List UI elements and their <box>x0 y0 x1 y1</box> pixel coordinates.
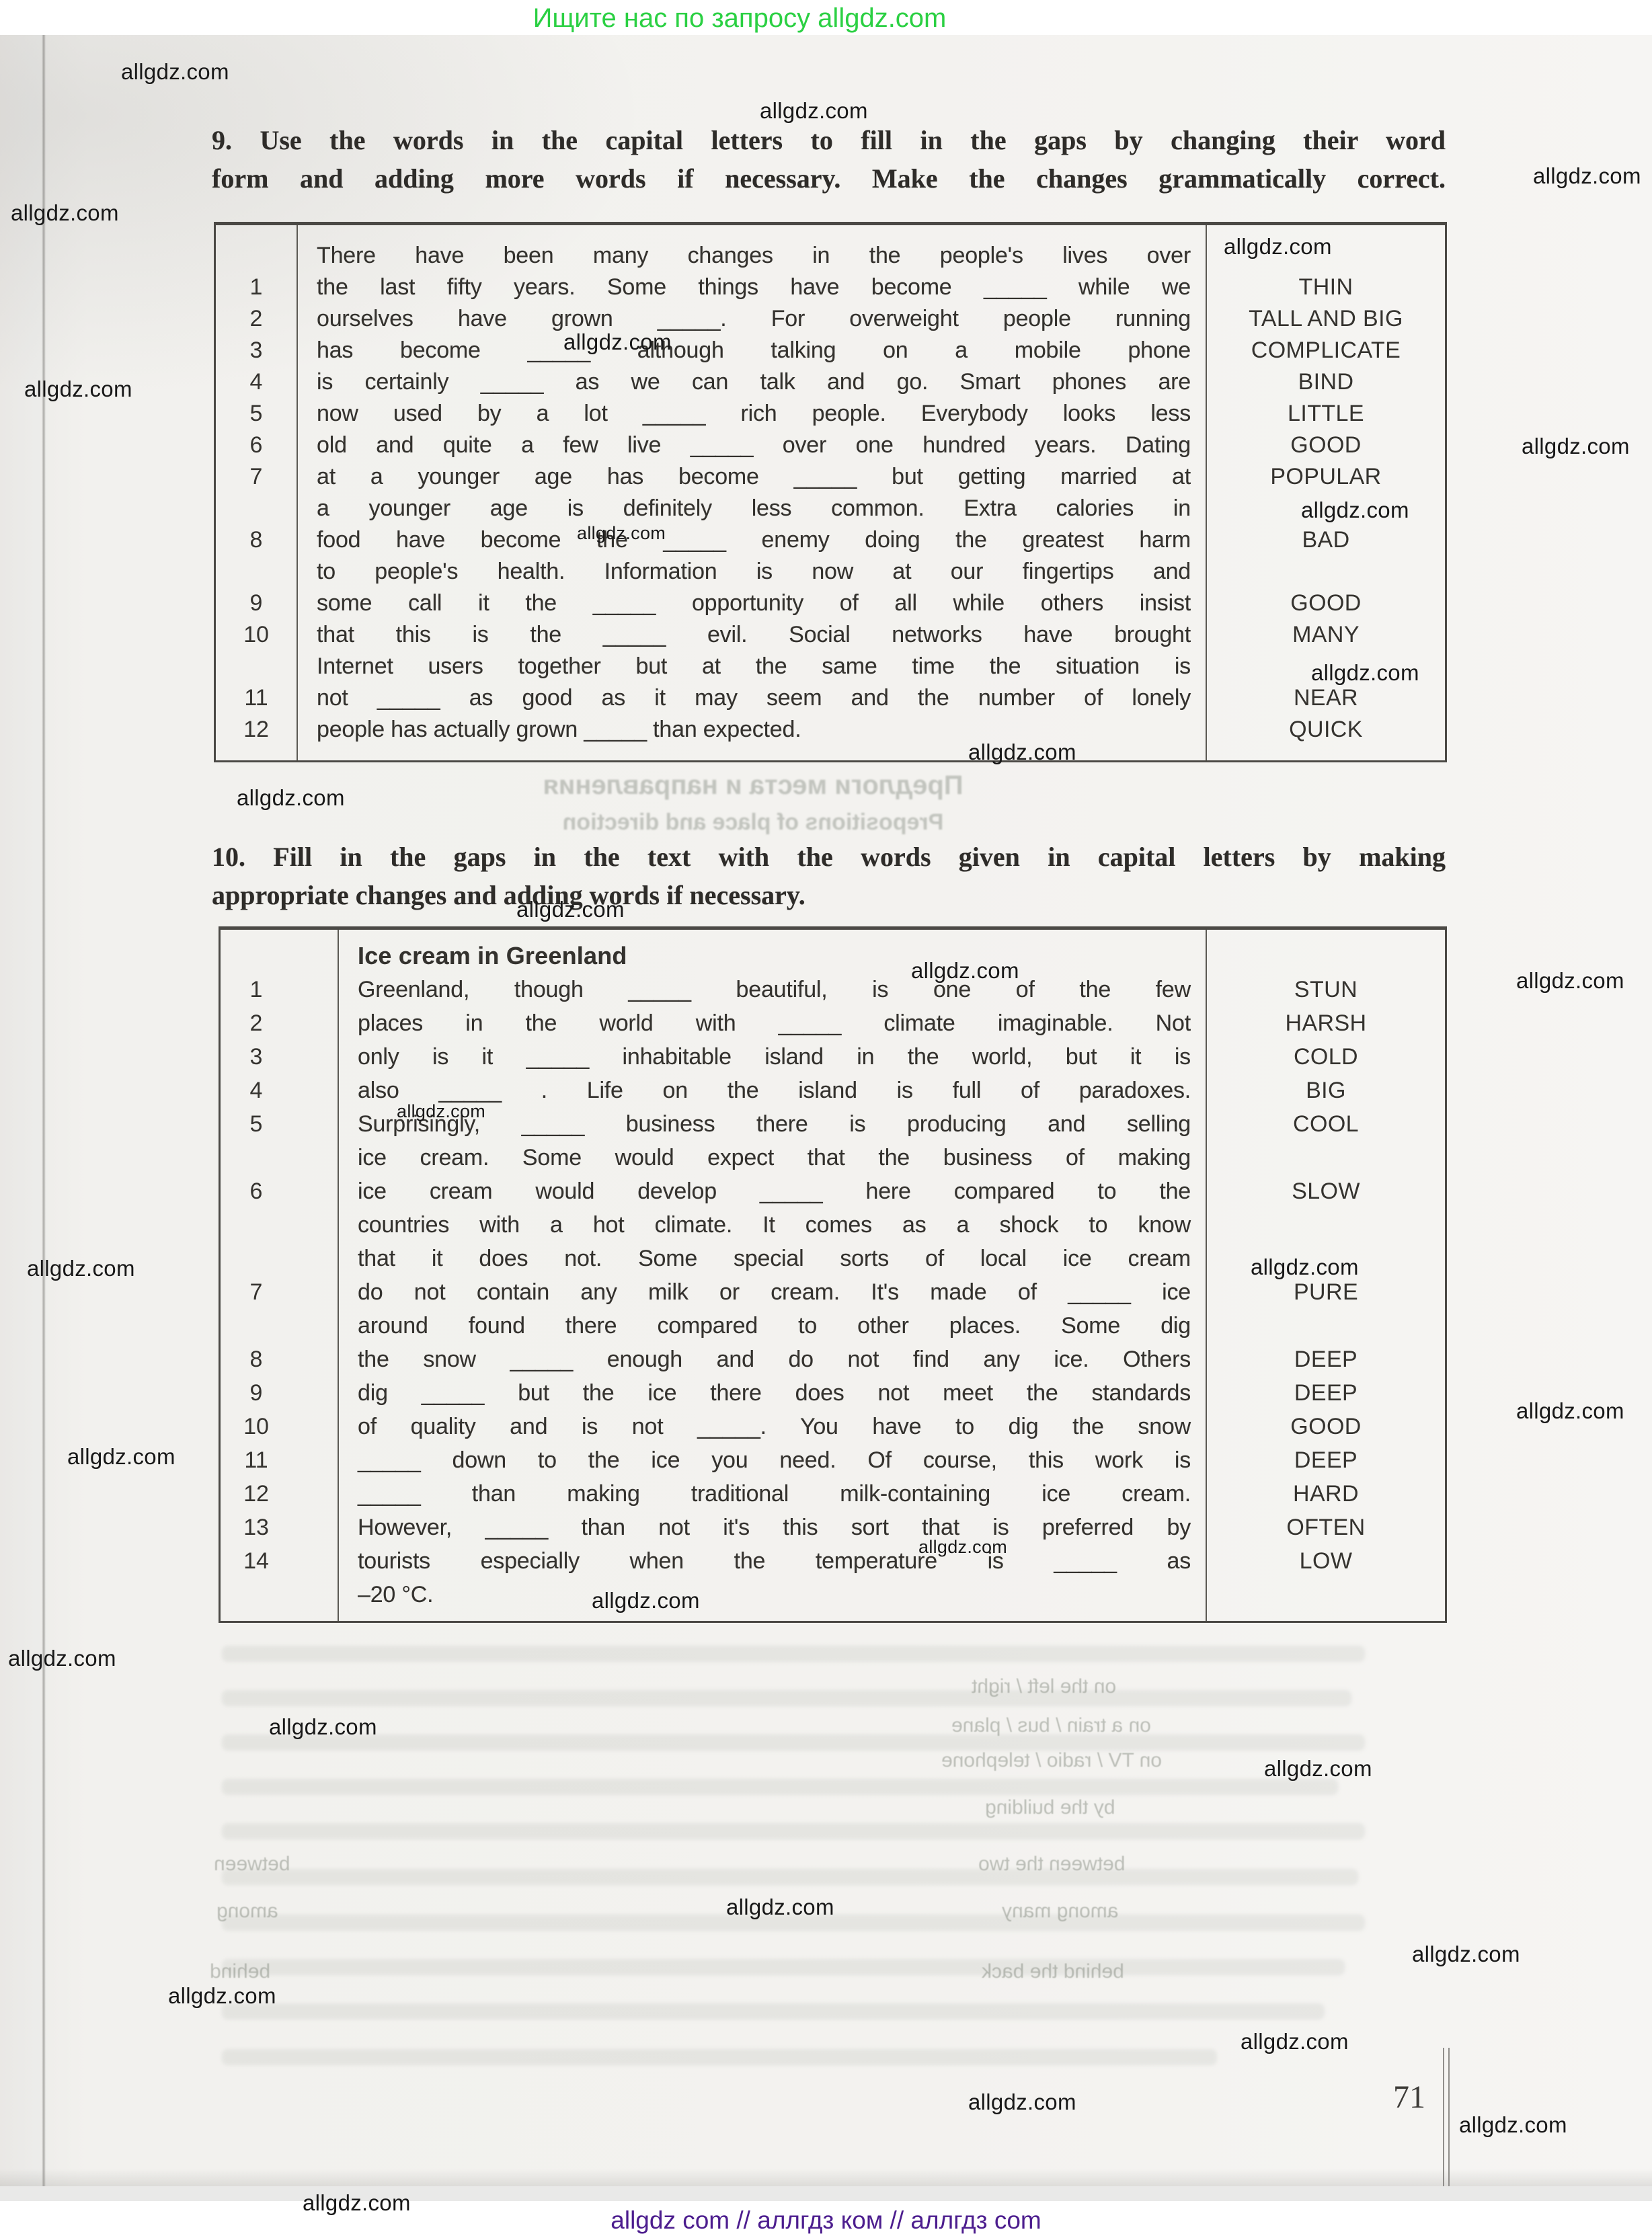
ghost-text: between <box>214 1853 290 1876</box>
row-number: 4 <box>216 366 298 398</box>
row-number <box>221 1578 339 1611</box>
exercise9-heading-line1: 9. Use the words in the capital letters … <box>212 121 1446 159</box>
row-text: a younger age is definitely less common.… <box>298 493 1206 524</box>
ghost-text: on the left / right <box>972 1675 1116 1698</box>
row-text: only is it _____ inhabitable island in t… <box>339 1040 1206 1074</box>
table-row: 11not _____ as good as it may seem and t… <box>216 682 1445 714</box>
table-row: Ice cream in Greenland <box>221 939 1445 973</box>
exercise10-heading-line1: 10. Fill in the gaps in the text with th… <box>212 838 1446 876</box>
row-text: not _____ as good as it may seem and the… <box>298 682 1206 714</box>
row-word: BIND <box>1206 366 1445 398</box>
table-row: 6ice cream would develop _____ here comp… <box>221 1174 1445 1208</box>
ghost-text-bar <box>222 1779 1338 1795</box>
row-number: 9 <box>221 1376 339 1410</box>
table-row: 10that this is the _____ evil. Social ne… <box>216 619 1445 651</box>
ghost-text: by the building <box>985 1796 1115 1819</box>
ghost-text-bar <box>222 1690 1351 1706</box>
ghost-text: among many <box>1002 1900 1118 1923</box>
watermark: allgdz.com <box>1311 660 1419 686</box>
row-text: do not contain any milk or cream. It's m… <box>339 1275 1206 1309</box>
ghost-text-bar <box>222 1646 1365 1662</box>
row-number <box>221 1309 339 1343</box>
watermark: allgdz.com <box>968 2089 1076 2115</box>
row-number: 6 <box>221 1174 339 1208</box>
row-text: the snow _____ enough and do not find an… <box>339 1343 1206 1376</box>
row-text: places in the world with _____ climate i… <box>339 1006 1206 1040</box>
exercise9-heading: 9. Use the words in the capital letters … <box>212 121 1446 198</box>
table-row: 13However, _____ than not it's this sort… <box>221 1511 1445 1544</box>
row-word <box>1206 1141 1445 1174</box>
row-text: ourselves have grown _____. For overweig… <box>298 303 1206 335</box>
scanned-textbook-page: Ищите нас по запросу allgdz.com 9. Use t… <box>0 0 1652 2236</box>
row-text: has become _____ although talking on a m… <box>298 335 1206 366</box>
row-number: 1 <box>216 272 298 303</box>
row-text: around found there compared to other pla… <box>339 1309 1206 1343</box>
row-word: DEEP <box>1206 1443 1445 1477</box>
site-banner: Ищите нас по запросу allgdz.com <box>533 3 947 34</box>
watermark: allgdz.com <box>726 1894 834 1920</box>
table-row: countries with a hot climate. It comes a… <box>221 1208 1445 1242</box>
row-text: dig _____ but the ice there does not mee… <box>339 1376 1206 1410</box>
row-number <box>216 240 298 272</box>
watermark: allgdz.com <box>1533 163 1641 189</box>
watermark: allgdz.com <box>918 1537 1007 1558</box>
row-word: GOOD <box>1206 430 1445 461</box>
page-number: 71 <box>1393 2079 1425 2116</box>
watermark: allgdz.com <box>27 1256 135 1281</box>
table-row: to people's health. Information is now a… <box>216 556 1445 588</box>
row-word: BAD <box>1206 524 1445 556</box>
row-number <box>216 651 298 682</box>
row-word <box>1206 556 1445 588</box>
table-row: 3has become _____ although talking on a … <box>216 335 1445 366</box>
page-edge-line <box>1443 2048 1450 2186</box>
ghost-text-bar <box>222 1823 1365 1839</box>
row-text: ice cream. Some would expect that the bu… <box>339 1141 1206 1174</box>
ghost-text: between the two <box>978 1853 1125 1876</box>
watermark: allgdz.com <box>1459 2112 1567 2138</box>
watermark: allgdz.com <box>1224 234 1332 259</box>
exercise9-heading-line2: form and adding more words if necessary.… <box>212 159 1446 198</box>
row-word: DEEP <box>1206 1343 1445 1376</box>
ghost-heading-russian: Предлоги места и направления <box>377 770 1130 801</box>
row-word <box>1206 1578 1445 1611</box>
watermark: allgdz.com <box>911 958 1019 984</box>
exercise10-heading: 10. Fill in the gaps in the text with th… <box>212 838 1446 914</box>
row-text: food have become the _____ enemy doing t… <box>298 524 1206 556</box>
row-number <box>221 1208 339 1242</box>
row-number <box>221 1141 339 1174</box>
site-footer: allgdz com // аллгдз ком // аллгдз com <box>611 2206 1041 2235</box>
row-word: HARD <box>1206 1477 1445 1511</box>
row-word: BIG <box>1206 1074 1445 1107</box>
row-text: Ice cream in Greenland <box>339 939 1206 973</box>
row-text: There have been many changes in the peop… <box>298 240 1206 272</box>
row-word: LITTLE <box>1206 398 1445 430</box>
row-word: OFTEN <box>1206 1511 1445 1544</box>
row-text: tourists especially when the temperature… <box>339 1544 1206 1578</box>
ghost-heading-english: Prepositions of place and direction <box>377 809 1130 836</box>
watermark: allgdz.com <box>11 200 119 226</box>
table-padding-row <box>221 930 1445 939</box>
row-word: SLOW <box>1206 1174 1445 1208</box>
row-text: is certainly _____ as we can talk and go… <box>298 366 1206 398</box>
row-text: to people's health. Information is now a… <box>298 556 1206 588</box>
watermark: allgdz.com <box>516 897 625 922</box>
ghost-text-bar <box>222 2003 1325 2020</box>
row-number: 8 <box>221 1343 339 1376</box>
watermark: allgdz.com <box>1516 968 1624 994</box>
watermark: allgdz.com <box>1412 1942 1520 1967</box>
table-row: 14tourists especially when the temperatu… <box>221 1544 1445 1578</box>
row-word: COOL <box>1206 1107 1445 1141</box>
table-row: 8the snow _____ enough and do not find a… <box>221 1343 1445 1376</box>
row-number <box>221 1242 339 1275</box>
table-row: around found there compared to other pla… <box>221 1309 1445 1343</box>
table-row: 7at a younger age has become _____ but g… <box>216 461 1445 493</box>
row-number: 2 <box>221 1006 339 1040</box>
table-row: 8food have become the _____ enemy doing … <box>216 524 1445 556</box>
row-text: –20 °C. <box>339 1578 1206 1611</box>
table-row: a younger age is definitely less common.… <box>216 493 1445 524</box>
watermark: allgdz.com <box>1516 1398 1624 1424</box>
row-text: _____ than making traditional milk-conta… <box>339 1477 1206 1511</box>
row-word <box>1206 1309 1445 1343</box>
row-word: DEEP <box>1206 1376 1445 1410</box>
row-number: 12 <box>216 714 298 746</box>
row-text: ice cream would develop _____ here compa… <box>339 1174 1206 1208</box>
watermark: allgdz.com <box>1522 434 1630 459</box>
row-number: 9 <box>216 588 298 619</box>
row-text: at a younger age has become _____ but ge… <box>298 461 1206 493</box>
watermark: allgdz.com <box>269 1714 377 1740</box>
table-row: 11_____ down to the ice you need. Of cou… <box>221 1443 1445 1477</box>
watermark: allgdz.com <box>563 329 672 355</box>
table-row: 9dig _____ but the ice there does not me… <box>221 1376 1445 1410</box>
ghost-text-bar <box>222 1869 1358 1885</box>
table-row: 10of quality and is not _____. You have … <box>221 1410 1445 1443</box>
row-word: QUICK <box>1206 714 1445 746</box>
watermark: allgdz.com <box>1264 1756 1372 1782</box>
ghost-text-bar <box>222 2049 1217 2065</box>
watermark: allgdz.com <box>8 1646 116 1671</box>
row-number <box>216 556 298 588</box>
row-number: 3 <box>221 1040 339 1074</box>
table-row: 2places in the world with _____ climate … <box>221 1006 1445 1040</box>
row-text: However, _____ than not it's this sort t… <box>339 1511 1206 1544</box>
row-text: that it does not. Some special sorts of … <box>339 1242 1206 1275</box>
table-row: 5now used by a lot _____ rich people. Ev… <box>216 398 1445 430</box>
table-row: 12_____ than making traditional milk-con… <box>221 1477 1445 1511</box>
row-number: 12 <box>221 1477 339 1511</box>
row-word <box>1206 939 1445 973</box>
watermark: allgdz.com <box>121 59 229 85</box>
ghost-text: among <box>217 1900 278 1923</box>
row-number: 7 <box>221 1275 339 1309</box>
table-padding-row <box>216 746 1445 760</box>
table-row: 12people has actually grown _____ than e… <box>216 714 1445 746</box>
row-word: PURE <box>1206 1275 1445 1309</box>
row-number: 11 <box>221 1443 339 1477</box>
row-word: GOOD <box>1206 1410 1445 1443</box>
row-word: LOW <box>1206 1544 1445 1578</box>
watermark: allgdz.com <box>1301 497 1409 523</box>
ghost-text: behind the back <box>982 1960 1124 1983</box>
row-word: THIN <box>1206 272 1445 303</box>
table-row: 7do not contain any milk or cream. It's … <box>221 1275 1445 1309</box>
row-number: 5 <box>216 398 298 430</box>
table-row: 6old and quite a few live _____ over one… <box>216 430 1445 461</box>
row-word: MANY <box>1206 619 1445 651</box>
watermark: allgdz.com <box>592 1588 700 1613</box>
row-number: 11 <box>216 682 298 714</box>
watermark: allgdz.com <box>1241 2029 1349 2054</box>
row-number: 10 <box>221 1410 339 1443</box>
row-number: 8 <box>216 524 298 556</box>
row-number: 6 <box>216 430 298 461</box>
watermark: allgdz.com <box>168 1983 276 2009</box>
ghost-text-bar <box>222 1734 1365 1751</box>
ghost-text: on a train / bus / plane <box>951 1714 1151 1737</box>
row-text: Internet users together but at the same … <box>298 651 1206 682</box>
watermark: allgdz.com <box>397 1101 485 1122</box>
exercise10-heading-line2: appropriate changes and adding words if … <box>212 876 1446 914</box>
row-number: 5 <box>221 1107 339 1141</box>
table-padding-row <box>221 1611 1445 1621</box>
watermark: allgdz.com <box>577 523 666 544</box>
row-number: 4 <box>221 1074 339 1107</box>
ghost-text: behind <box>210 1960 270 1983</box>
exercise9-table: There have been many changes in the peop… <box>214 222 1447 762</box>
row-number: 7 <box>216 461 298 493</box>
watermark: allgdz.com <box>968 740 1076 765</box>
row-text: that this is the _____ evil. Social netw… <box>298 619 1206 651</box>
row-text: the last fifty years. Some things have b… <box>298 272 1206 303</box>
watermark: allgdz.com <box>760 98 868 124</box>
row-word: COLD <box>1206 1040 1445 1074</box>
row-text: now used by a lot _____ rich people. Eve… <box>298 398 1206 430</box>
row-word: NEAR <box>1206 682 1445 714</box>
row-text: old and quite a few live _____ over one … <box>298 430 1206 461</box>
table-row: –20 °C. <box>221 1578 1445 1611</box>
row-word: COMPLICATE <box>1206 335 1445 366</box>
watermark: allgdz.com <box>67 1444 175 1470</box>
row-number: 10 <box>216 619 298 651</box>
ghost-text-bar <box>222 1959 1345 1975</box>
row-word: STUN <box>1206 973 1445 1006</box>
table-row: 4is certainly _____ as we can talk and g… <box>216 366 1445 398</box>
table-row: ice cream. Some would expect that the bu… <box>221 1141 1445 1174</box>
row-word: TALL AND BIG <box>1206 303 1445 335</box>
row-text: _____ down to the ice you need. Of cours… <box>339 1443 1206 1477</box>
row-text: some call it the _____ opportunity of al… <box>298 588 1206 619</box>
row-number: 13 <box>221 1511 339 1544</box>
row-number: 2 <box>216 303 298 335</box>
watermark: allgdz.com <box>24 376 132 402</box>
row-number <box>221 939 339 973</box>
row-number: 3 <box>216 335 298 366</box>
watermark: allgdz.com <box>303 2190 411 2216</box>
table-row: 9some call it the _____ opportunity of a… <box>216 588 1445 619</box>
row-word: GOOD <box>1206 588 1445 619</box>
scan-bottom-edge <box>0 2186 1652 2201</box>
ghost-text: on TV / radio / telephone <box>941 1749 1162 1772</box>
watermark: allgdz.com <box>237 785 345 811</box>
table-row: 2ourselves have grown _____. For overwei… <box>216 303 1445 335</box>
table-row: Internet users together but at the same … <box>216 651 1445 682</box>
watermark: allgdz.com <box>1251 1254 1359 1280</box>
row-text: of quality and is not _____. You have to… <box>339 1410 1206 1443</box>
row-number: 14 <box>221 1544 339 1578</box>
row-number <box>216 493 298 524</box>
row-word: HARSH <box>1206 1006 1445 1040</box>
table-row: 1the last fifty years. Some things have … <box>216 272 1445 303</box>
row-text: Greenland, though _____ beautiful, is on… <box>339 973 1206 1006</box>
row-word <box>1206 1208 1445 1242</box>
table-row: 3only is it _____ inhabitable island in … <box>221 1040 1445 1074</box>
table-row: 1Greenland, though _____ beautiful, is o… <box>221 973 1445 1006</box>
row-text: countries with a hot climate. It comes a… <box>339 1208 1206 1242</box>
row-word: POPULAR <box>1206 461 1445 493</box>
row-number: 1 <box>221 973 339 1006</box>
